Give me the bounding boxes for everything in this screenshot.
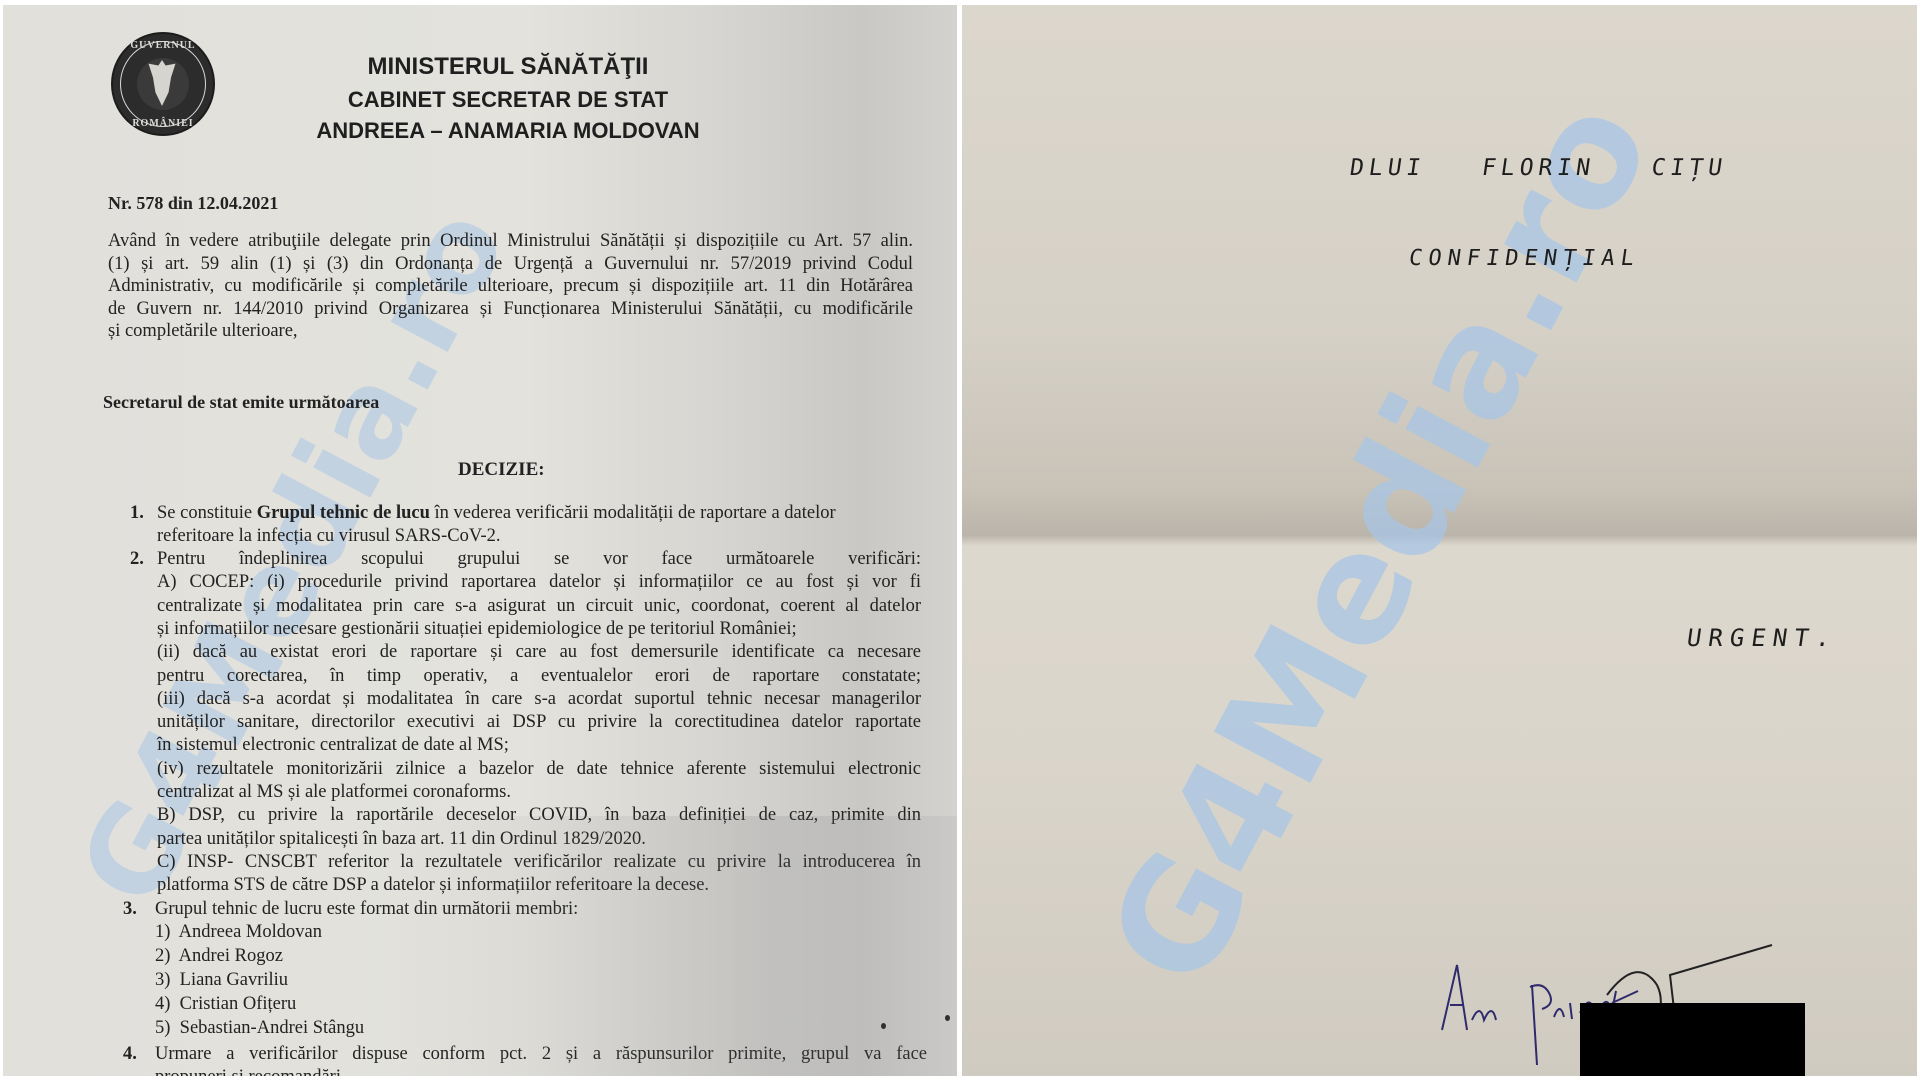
item-3-text: Grupul tehnic de lucru este format din u… [155, 899, 578, 920]
issuer-line: Secretarul de stat emite următoarea [103, 392, 379, 413]
speck [881, 1023, 886, 1029]
preamble-line: Administrativ, cu modificările și comple… [108, 276, 913, 297]
item-3-number: 3. [123, 899, 137, 920]
preamble-line: și completările ulterioare, [108, 321, 298, 342]
decision-title: DECIZIE: [458, 459, 545, 481]
item-1-text-line2: referitoare la infecția cu virusul SARS-… [157, 526, 501, 547]
document-number: Nr. 578 din 12.04.2021 [108, 193, 278, 214]
item-1-text: Se constituie Grupul tehnic de lucu în v… [157, 503, 917, 524]
item-2-line: partea unităților spitalicești în baza a… [157, 829, 646, 850]
preamble-line: Având în vedere atribuţiile delegate pri… [108, 231, 913, 252]
item-2-line: platforma STS de către DSP a datelor și … [157, 875, 709, 896]
item-4-number: 4. [123, 1044, 137, 1065]
member-item: 4) Cristian Ofițeru [155, 994, 296, 1015]
item-4-text: Urmare a verificărilor dispuse conform p… [155, 1044, 927, 1065]
watermark-text: G4Media.ro [1075, 72, 1685, 1012]
ministry-title: MINISTERUL SĂNĂTĂŢII [303, 53, 713, 81]
item-4-text-line2: propuneri și recomandări [155, 1067, 341, 1076]
emblem-bottom-text: ROMÂNIEI [113, 118, 213, 129]
item-2-line: (iii) dacă s-a acordat și modalitatea în… [157, 689, 921, 710]
item-2-line: (ii) dacă au existat erori de raportare … [157, 642, 921, 663]
member-item: 1) Andreea Moldovan [155, 922, 322, 943]
redaction-box [1580, 1003, 1805, 1076]
item-2-line: A) COCEP: (i) procedurile privind raport… [157, 572, 921, 593]
secretary-name: ANDREEA – ANAMARIA MOLDOVAN [303, 118, 713, 144]
item-2-line: unităților sanitare, directorilor execut… [157, 712, 921, 733]
confidential-handwriting: CONFIDENȚIAL [1407, 246, 1641, 271]
addressee-handwriting: DLUI FLORIN CIȚU [1348, 155, 1729, 181]
decision-document-photo: G4Media.ro GUVERNUL ROMÂNIEI MINISTERUL … [3, 5, 957, 1076]
speck [945, 1015, 950, 1021]
preamble-line: (1) și art. 59 alin (1) și (3) din Ordon… [108, 254, 913, 275]
item-2-line: (iv) rezultatele monitorizării zilnice a… [157, 759, 921, 780]
cabinet-title: CABINET SECRETAR DE STAT [303, 87, 713, 113]
emblem-top-text: GUVERNUL [113, 40, 213, 51]
item-2-line: B) DSP, cu privire la raportările decese… [157, 805, 921, 826]
item-2-line: Pentru îndeplinirea scopului grupului se… [157, 549, 921, 570]
item-1-number: 1. [130, 503, 144, 524]
member-item: 3) Liana Gavriliu [155, 970, 288, 991]
government-emblem: GUVERNUL ROMÂNIEI [111, 32, 215, 136]
item-2-line: centralizate și modalitatea prin care s-… [157, 596, 921, 617]
item-2-line: și informațiilor necesare gestionării si… [157, 619, 797, 640]
item-2-line: în sistemul electronic centralizat de da… [157, 735, 509, 756]
cover-note-photo: G4Media.ro DLUI FLORIN CIȚU CONFIDENȚIAL… [962, 5, 1917, 1076]
item-2-number: 2. [130, 549, 144, 570]
urgent-handwriting: URGENT. [1685, 624, 1839, 652]
member-item: 5) Sebastian-Andrei Stângu [155, 1018, 364, 1039]
item-2-line: pentru corectarea, în timp operativ, a e… [157, 666, 921, 687]
member-item: 2) Andrei Rogoz [155, 946, 283, 967]
working-group-name: Grupul tehnic de lucu [257, 503, 430, 523]
item-2-line: C) INSP- CNSCBT referitor la rezultatele… [157, 852, 921, 873]
item-2-line: centralizat al MS și ale platformei coro… [157, 782, 511, 803]
preamble-line: de Guvern nr. 144/2010 privind Organizar… [108, 299, 913, 320]
